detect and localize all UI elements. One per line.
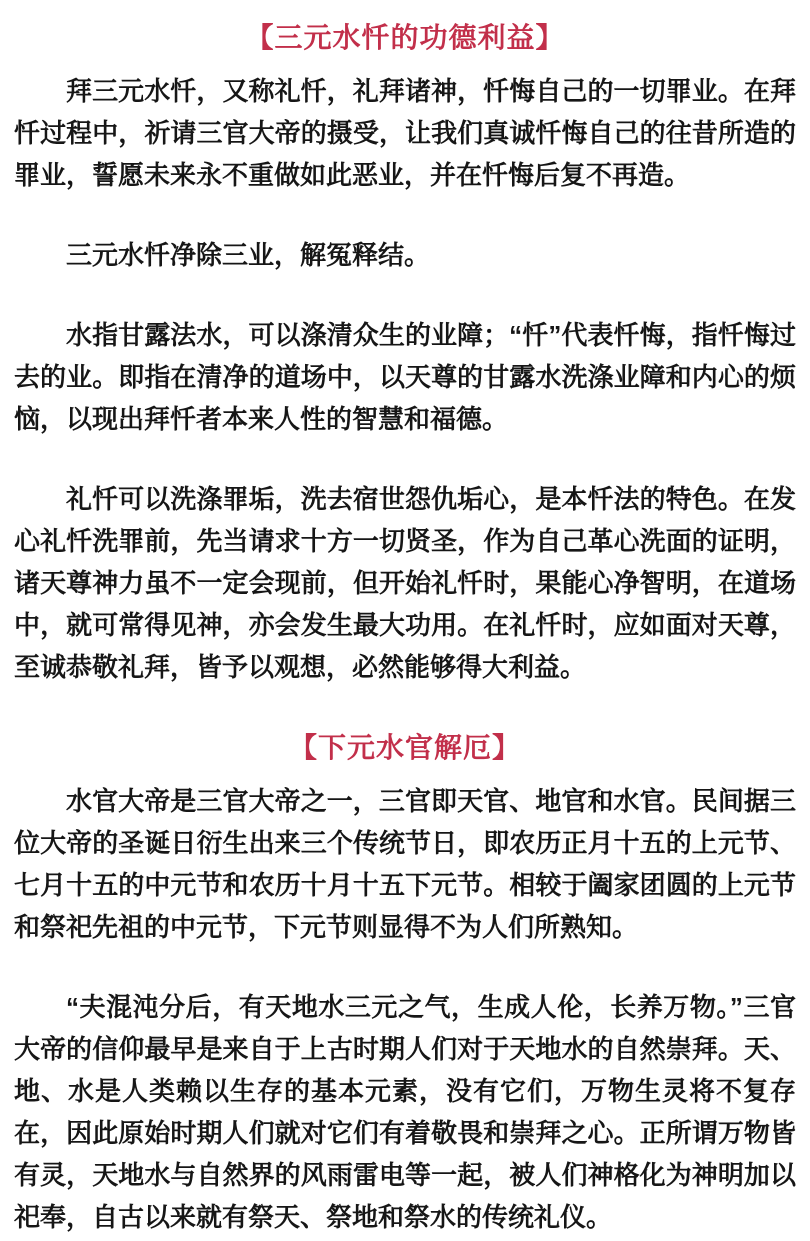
paragraph: 拜三元水忏，又称礼忏，礼拜诸神，忏悔自己的一切罪业。在拜忏过程中，祈请三官大帝的… — [14, 70, 796, 196]
article-body: 【三元水忏的功德利益】 拜三元水忏，又称礼忏，礼拜诸神，忏悔自己的一切罪业。在拜… — [0, 0, 810, 1238]
section-heading-water-official: 【下元水官解厄】 — [14, 726, 796, 770]
paragraph: “夫混沌分后，有天地水三元之气，生成人伦，长养万物。”三官大帝的信仰最早是来自于… — [14, 986, 796, 1238]
section-heading-merit-benefits: 【三元水忏的功德利益】 — [14, 16, 796, 60]
paragraph: 礼忏可以洗涤罪垢，洗去宿世怨仇垢心，是本忏法的特色。在发心礼忏洗罪前，先当请求十… — [14, 478, 796, 688]
paragraph: 水官大帝是三官大帝之一，三官即天官、地官和水官。民间据三位大帝的圣诞日衍生出来三… — [14, 780, 796, 948]
paragraph: 水指甘露法水，可以涤清众生的业障；“忏”代表忏悔，指忏悔过去的业。即指在清净的道… — [14, 314, 796, 440]
paragraph: 三元水忏净除三业，解冤释结。 — [14, 234, 796, 276]
